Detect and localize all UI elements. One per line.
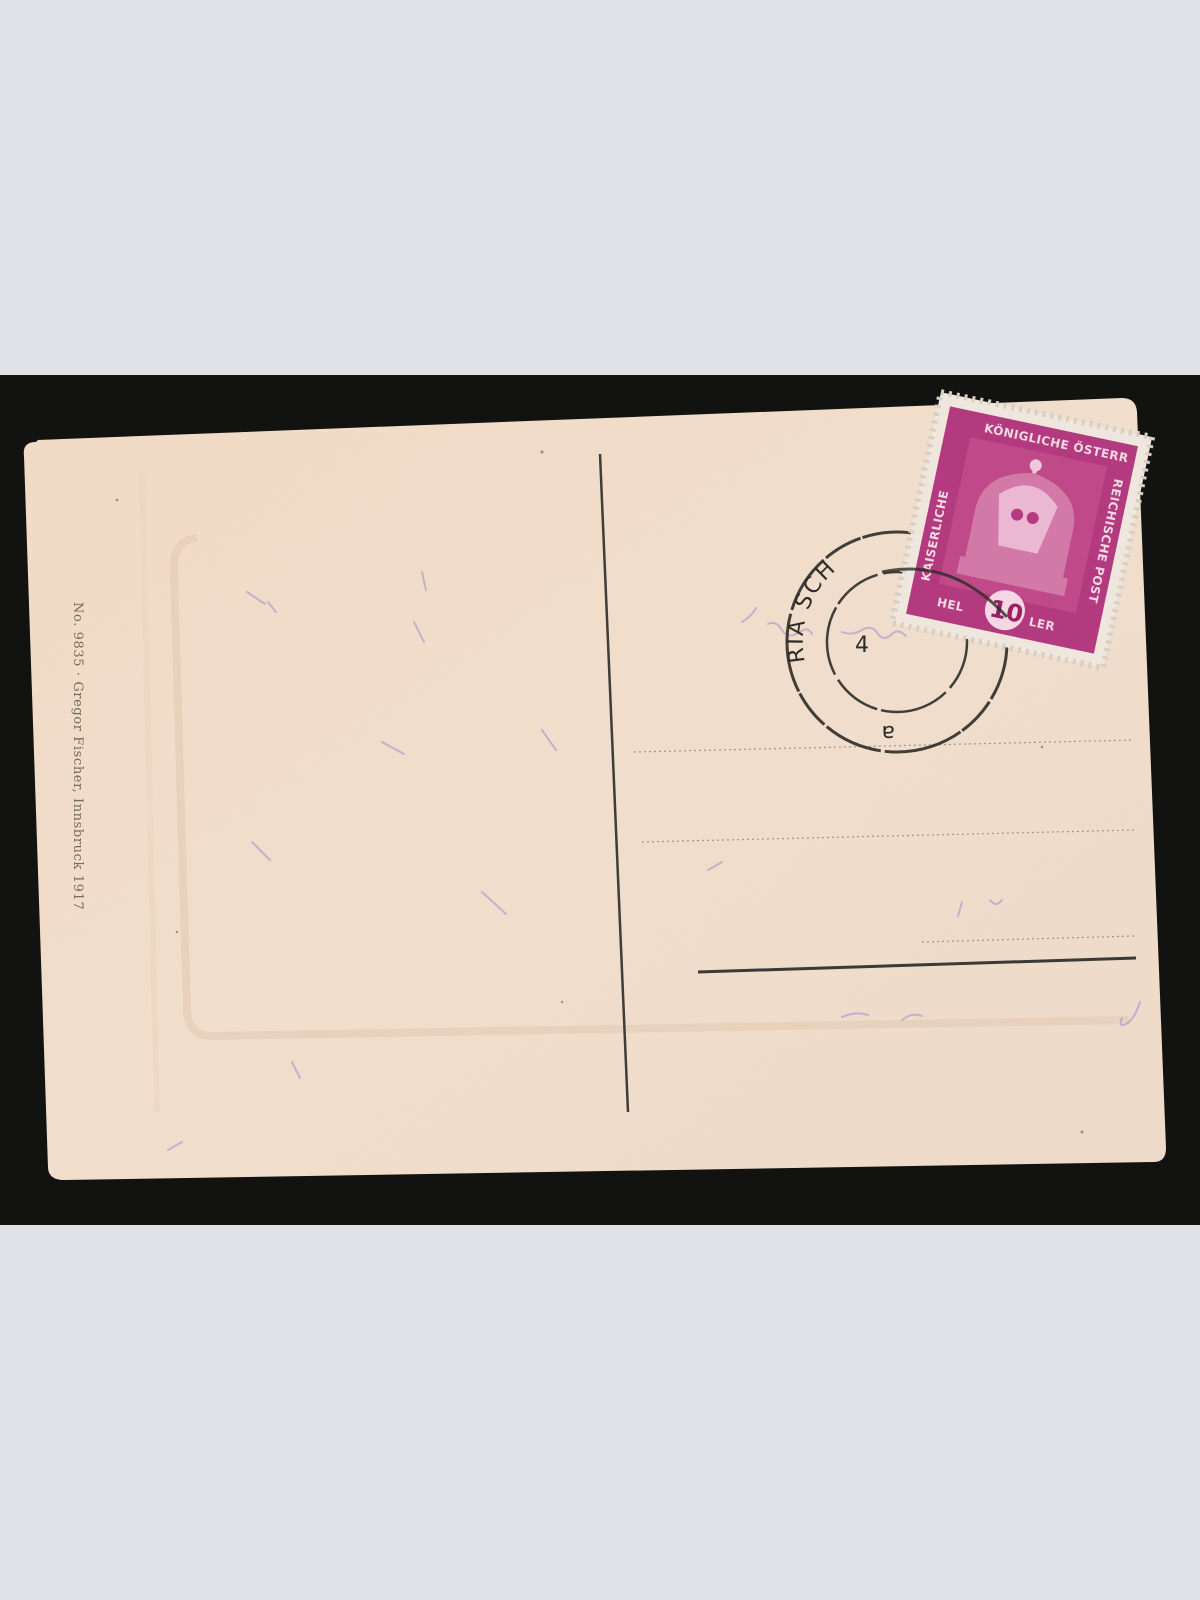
stamp: KÖNIGLICHE ÖSTERR KAISERLICHE REICHISCHE…: [22, 412, 1190, 1202]
postcard: No. 9835 · Gregor Fischer, Innsbruck 191…: [22, 412, 1190, 1202]
